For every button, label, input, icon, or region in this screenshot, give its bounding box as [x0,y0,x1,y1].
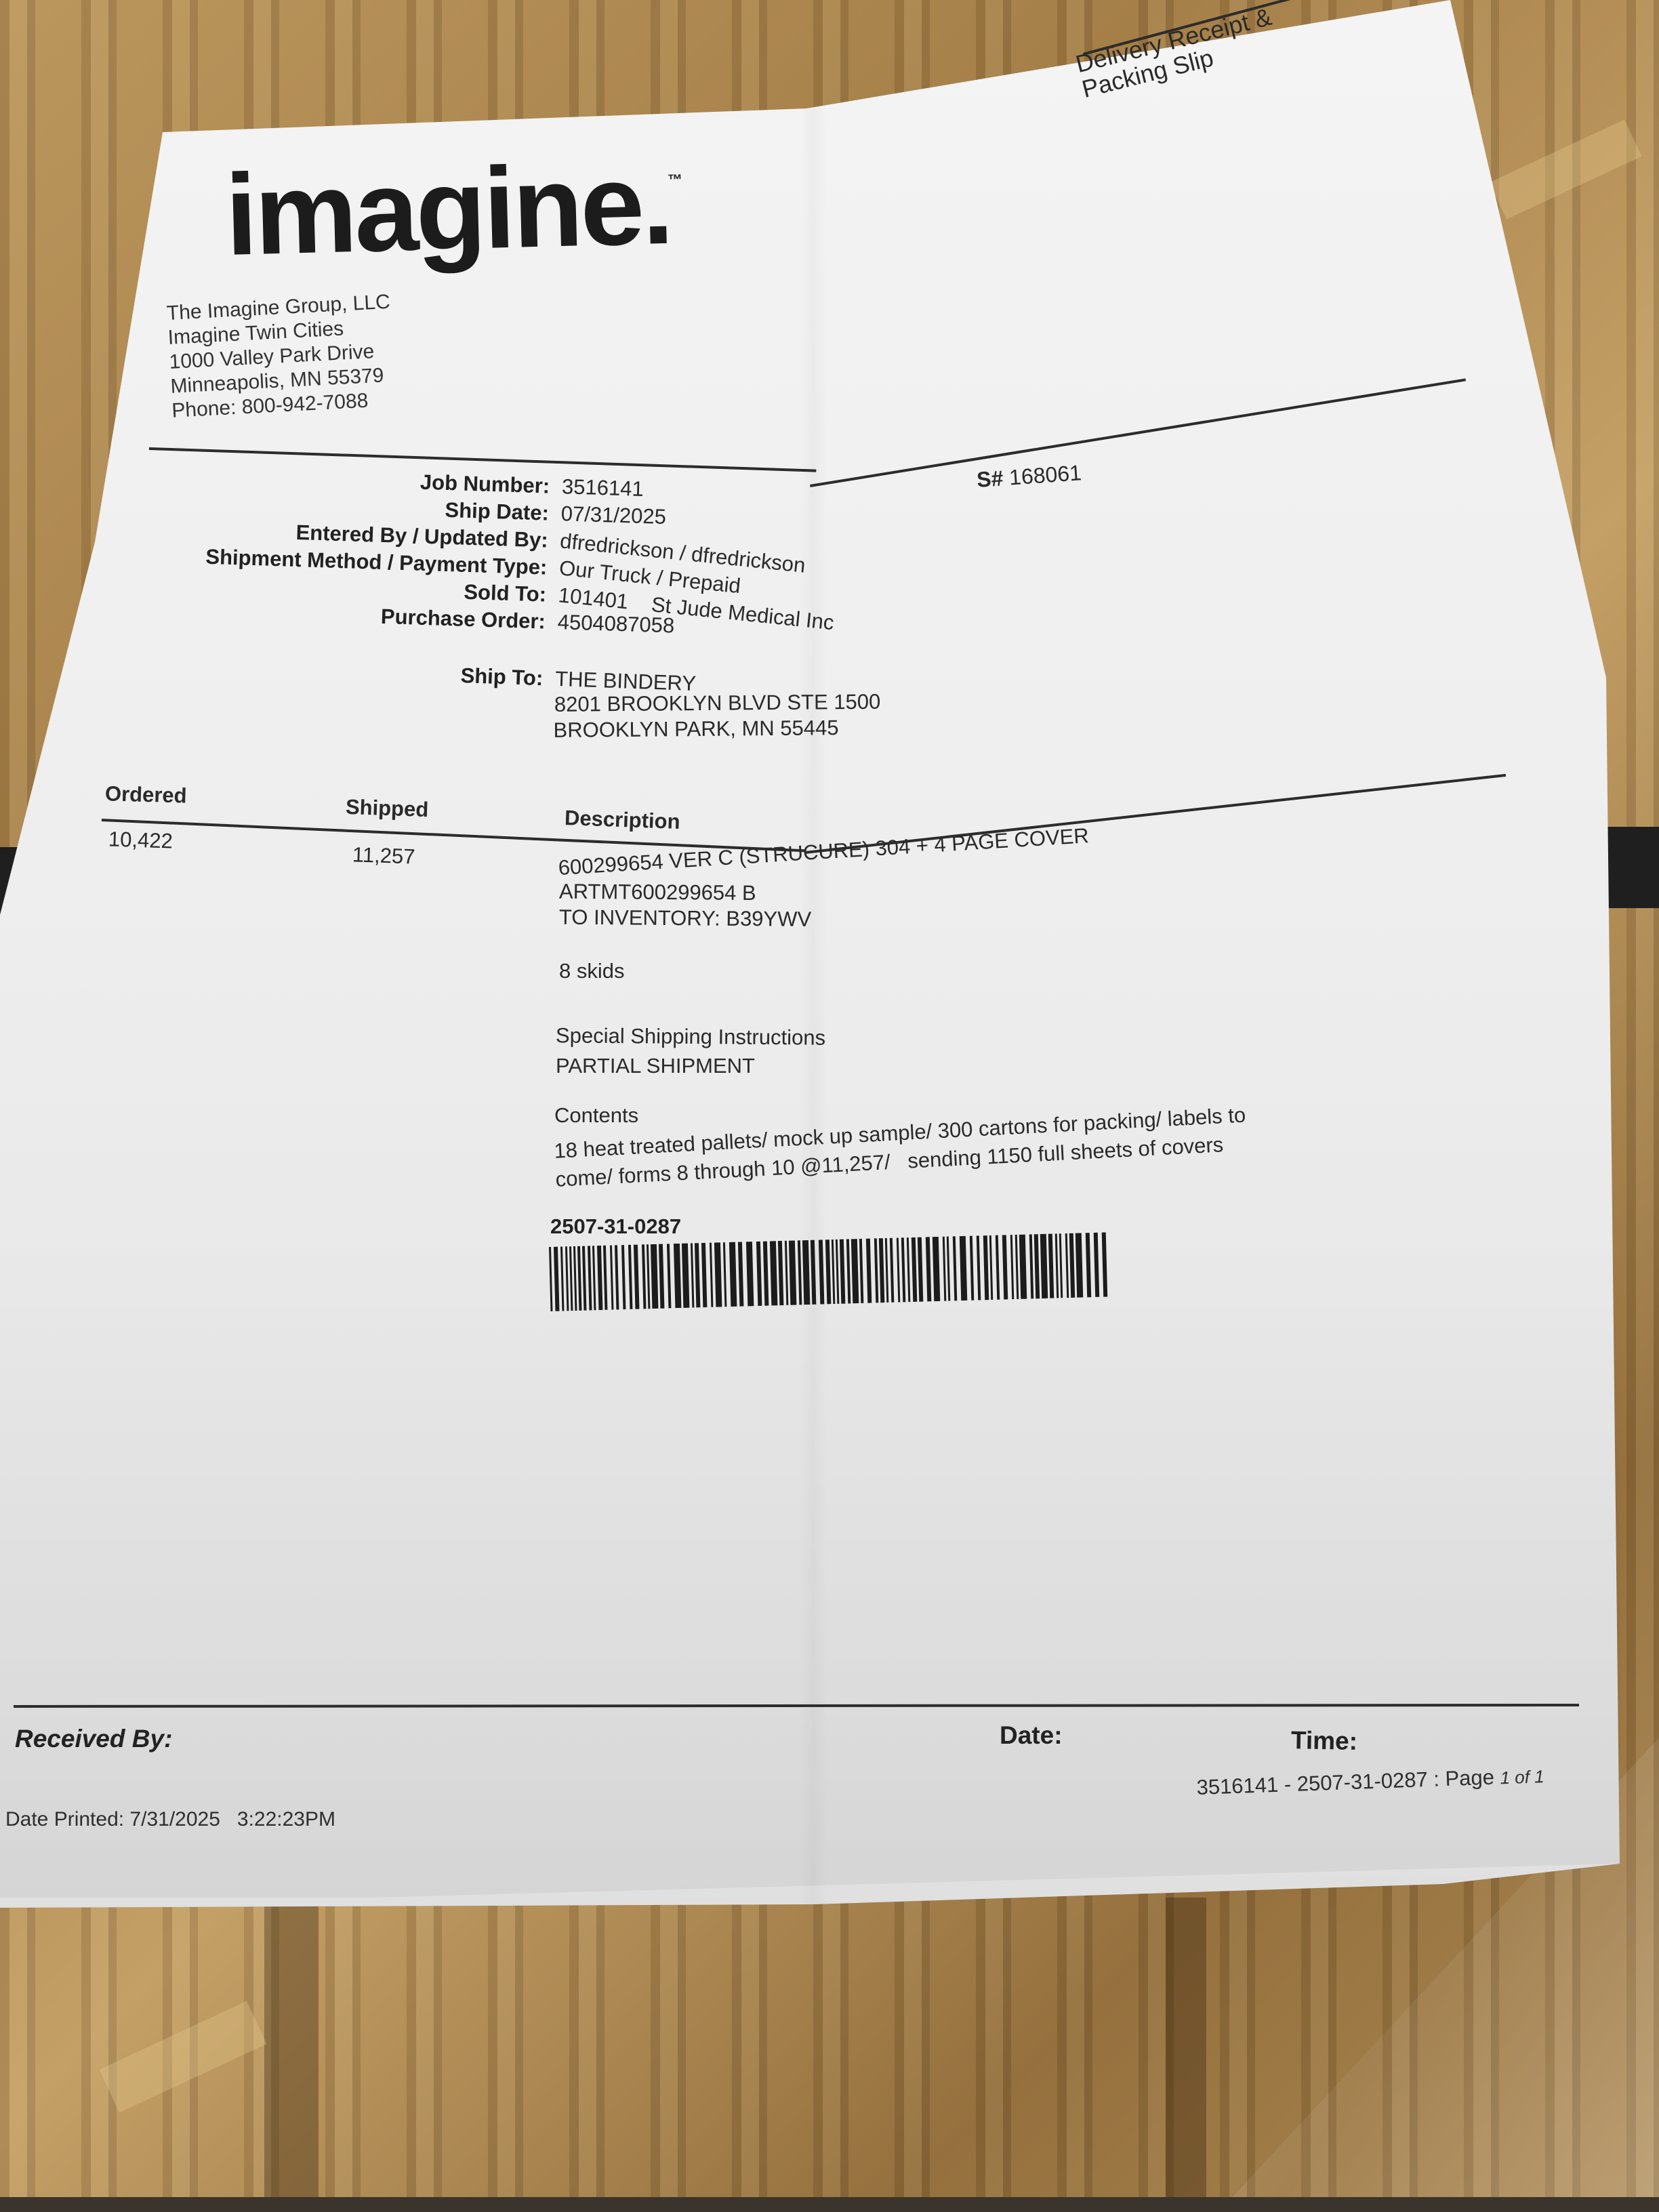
barcode-bar [1019,1235,1027,1299]
barcode-bar [802,1240,810,1305]
pallet-bottom-edge [0,2197,1659,2212]
barcode-bar [628,1245,632,1309]
item-description: 600299654 VER C (STRUCURE) 304 + 4 PAGE … [559,855,1090,933]
logo-text: imagine. [224,140,672,280]
description-line: TO INVENTORY: B39YWV [559,905,1091,935]
pallet-board-seam [264,1898,319,2212]
barcode-number: 2507-31-0287 [550,1214,681,1239]
barcode-bar [577,1246,581,1311]
barcode-bar [565,1246,569,1311]
barcode-bar [866,1239,872,1303]
barcode-bar [1059,1233,1063,1298]
pallet-board-seam [1166,1898,1206,2212]
barcode-bar [879,1238,884,1303]
shipped-quantity: 11,257 [352,842,415,869]
barcode-bar [1015,1235,1019,1299]
barcode-bar [789,1240,796,1305]
barcode-bar [836,1240,839,1304]
barcode-bar [573,1246,577,1311]
barcode-bar [610,1246,613,1310]
barcode-bar [569,1246,573,1311]
barcode-bar [1010,1235,1014,1299]
barcode-bar [798,1240,802,1305]
barcode-bar [811,1240,816,1305]
barcode-bar [1048,1234,1054,1298]
paper-shadow [0,1220,1659,1898]
barcode-bar [621,1245,626,1309]
ship-to-label: Ship To: [458,663,556,743]
date-printed: Date Printed: 7/31/2025 3:22:23PM [5,1808,335,1831]
barcode-bar [659,1244,664,1309]
barcode-bar [746,1242,754,1306]
barcode-bar [832,1240,835,1304]
barcode-bar [588,1246,592,1310]
barcode-bar [738,1242,743,1307]
barcode-bar [647,1244,650,1309]
barcode-bar [723,1242,726,1307]
barcode-bar [592,1246,596,1310]
barcode-bar [926,1237,931,1301]
barcode-bar [778,1241,783,1305]
osb-wood-chip [99,2001,266,2113]
barcode-bar [901,1237,905,1302]
barcode-bar [1086,1233,1091,1297]
special-shipping-value: PARTIAL SHIPMENT [556,1054,755,1078]
barcode-bar [756,1242,762,1306]
company-address: The Imagine Group, LLC Imagine Twin Citi… [166,290,396,424]
field-value: 07/31/2025 [560,500,666,531]
barcode-bar [1029,1234,1033,1298]
barcode-bar [682,1244,689,1308]
barcode-bar [918,1237,923,1302]
barcode-bar [1069,1233,1075,1298]
barcode-bar [1065,1233,1069,1298]
barcode-bar [897,1237,900,1302]
barcode-bar [819,1240,824,1304]
barcode-bar [840,1240,845,1304]
barcode-bar [634,1245,639,1309]
barcode-bar [642,1244,646,1309]
barcode-bar [701,1243,707,1307]
barcode-bar [615,1245,619,1309]
column-header-description: Description [564,806,680,834]
barcode-bar [960,1236,967,1300]
barcode-bar [983,1235,989,1300]
barcode-bar [691,1243,694,1307]
received-by-label: Received By: [15,1725,172,1753]
barcode-bar [989,1235,993,1300]
barcode-bar [695,1243,700,1307]
barcode-bar [1040,1234,1048,1298]
barcode-bar [1055,1233,1059,1298]
barcode-bar [582,1246,586,1311]
barcode-bar [970,1236,974,1300]
barcode-bar [947,1237,950,1301]
barcode-bar [859,1239,863,1303]
ship-to-address: THE BINDERY 8201 BROOKLYN BLVD STE 1500 … [553,666,882,755]
imagine-logo: imagine.™ [224,137,682,282]
barcode-bar [825,1240,831,1304]
barcode-bar [1094,1233,1099,1297]
barcode-bar [890,1238,894,1303]
barcode-bar [560,1246,564,1311]
barcode-bar [763,1242,769,1306]
barcode-bar [1034,1234,1040,1298]
ship-to-line: BROOKLYN PARK, MN 55445 [553,715,880,743]
skid-count: 8 skids [559,959,624,983]
barcode-bar [714,1242,722,1307]
barcode-bar [710,1243,713,1307]
ship-to-line: 8201 BROOKLYN BLVD STE 1500 [554,689,881,718]
barcode-bar [996,1235,1000,1300]
barcode-bar [729,1242,737,1307]
s-number-label: S# [976,466,1004,492]
barcode-bar [1102,1232,1107,1296]
column-header-ordered: Ordered [105,781,188,808]
barcode-bar [846,1239,851,1303]
barcode-bar [770,1241,777,1305]
barcode-bar [603,1246,607,1310]
barcode-bar [907,1237,910,1302]
barcode-bar [785,1241,788,1305]
barcode-bar [667,1244,671,1308]
ship-to: Ship To: THE BINDERY 8201 BROOKLYN BLVD … [458,663,882,755]
special-shipping-heading: Special Shipping Instructions [556,1023,825,1050]
field-value: 3516141 [561,473,644,503]
osb-wood-chip [1490,119,1642,219]
barcode-bar [953,1236,957,1300]
barcode-bar [597,1246,602,1310]
barcode-bar [874,1238,878,1303]
ordered-quantity: 10,422 [108,827,173,853]
barcode-bar [554,1247,559,1311]
barcode-bar [912,1237,917,1302]
barcode-bar [933,1237,940,1301]
time-label: Time: [1291,1726,1358,1756]
column-header-shipped: Shipped [345,795,428,822]
barcode-bar [977,1235,981,1300]
date-label: Date: [1000,1721,1063,1750]
barcode-bar [943,1237,946,1301]
barcode-bar [651,1244,658,1309]
barcode-bar [1076,1233,1083,1297]
shipment-fields: Job Number: 3516141 Ship Date: 07/31/202… [164,461,838,644]
barcode-bar [851,1239,859,1303]
barcode-bar [1002,1235,1008,1299]
s-number-value: 168061 [1008,460,1082,489]
barcode-bar [674,1244,681,1308]
page-count: 1 of 1 [1500,1766,1544,1788]
barcode-bar [885,1238,888,1303]
trademark-symbol: ™ [668,171,680,188]
